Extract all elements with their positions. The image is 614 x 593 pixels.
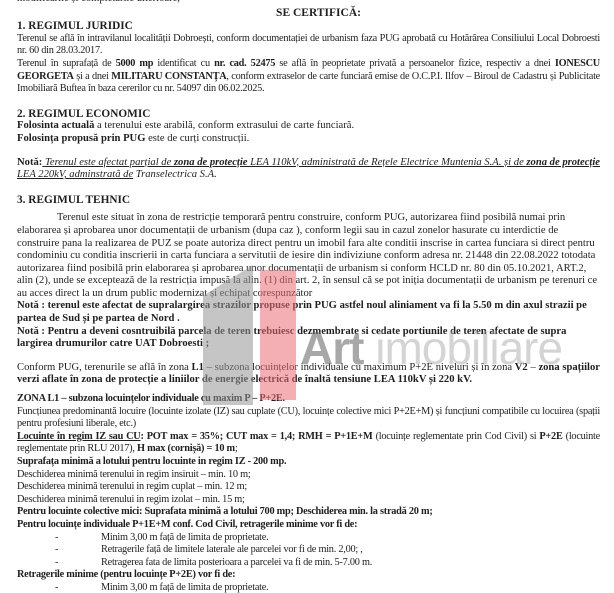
section-3-note-2: Notă : Pentru a deveni cosntruibilă parc…	[17, 326, 600, 351]
min-frontage-izolat: Deschiderea minimă terenului in regim iz…	[17, 494, 600, 507]
zone-l1-function: Funcțiunea predominantă locuire (locuint…	[17, 406, 600, 431]
section-1-paragraph-1: Terenul se află în intravilanul localită…	[17, 33, 600, 58]
document-page: modificările și completările ulterioare,…	[0, 0, 614, 593]
cut-off-line: modificările și completările ulterioare,	[17, 0, 600, 6]
section-3-title: 3. REGIMUL TEHNIC	[17, 194, 600, 207]
bullet-dash-icon: -	[55, 532, 58, 545]
min-frontage-row: Deschiderea minimă terenului in regim in…	[17, 469, 600, 482]
setback-list: -Minim 3,00 m față de limita de propriet…	[17, 532, 600, 570]
document-body: modificările și completările ulterioare,…	[17, 0, 600, 593]
individual-housing-rule: Pentru locuințe individuale P+1E+M conf.…	[17, 519, 600, 532]
current-use-line: Folosinta actuală a terenului este arabi…	[17, 120, 600, 133]
p2e-setback-list: -Minim 3,00 m față de limita de propriet…	[17, 582, 600, 593]
zone-l1-indicators: Locuinte în regim IZ sau CU: POT max = 3…	[17, 431, 600, 456]
bullet-dash-icon: -	[55, 544, 58, 557]
min-lot-area: Suprafața minimă a lotului pentru locuin…	[17, 456, 600, 469]
section-2-title: 2. REGIMUL ECONOMIC	[17, 108, 600, 121]
section-2-note: Notă: Terenul este afectat parțial de zo…	[17, 157, 600, 182]
proposed-use-line: Folosința propusă prin PUG este de curți…	[17, 133, 600, 146]
cadastral-number: nr. cad. 52475	[214, 58, 275, 69]
bullet-dash-icon: -	[55, 557, 58, 570]
setback-item: -Minim 3,00 m față de limita de propriet…	[17, 582, 600, 593]
section-3-paragraph-1: Terenul este situat în zona de restricți…	[17, 212, 600, 300]
owner-2: MILITARU CONSTANȚA	[111, 71, 226, 82]
collective-housing-rule: Pentru locuinte colective mici: Suprafat…	[17, 506, 600, 519]
section-3-note-1: Notă : terenul este afectat de supralarg…	[17, 300, 600, 325]
pug-zones-paragraph: Conform PUG, terenurile se află în zona …	[17, 362, 600, 387]
section-1-paragraph-2: Terenul în suprafață de 5000 mp identifi…	[17, 58, 600, 96]
certifies-heading: SE CERTIFICĂ:	[17, 7, 600, 20]
setback-item: -Minim 3,00 m față de limita de propriet…	[17, 532, 600, 545]
land-area: 5000 mp	[116, 58, 154, 69]
p2e-setback-title: Retragerile minime (pentru locuințe P+2E…	[17, 569, 600, 582]
zone-l1-title: ZONA L1 – subzona locuințelor individual…	[17, 393, 600, 406]
min-frontage-cuplat: Deschiderea minimă terenului in regim cu…	[17, 481, 600, 494]
setback-item: -Retragerea fata de limita posterioara a…	[17, 557, 600, 570]
section-1-title: 1. REGIMUL JURIDIC	[17, 20, 600, 33]
bullet-dash-icon: -	[55, 582, 58, 593]
setback-item: -Retragerile față de limitele laterale a…	[17, 544, 600, 557]
